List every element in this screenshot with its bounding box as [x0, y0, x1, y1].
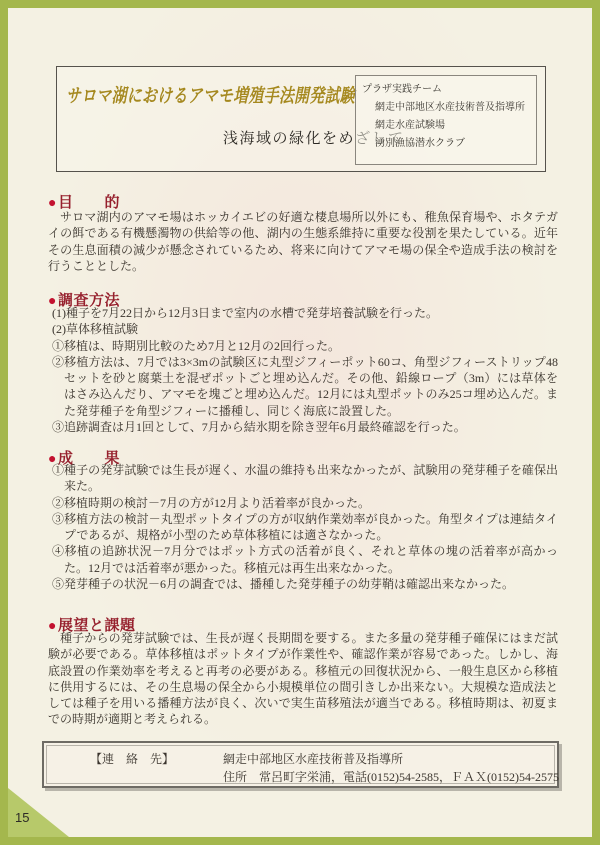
credits-box: プラザ実践チーム 網走中部地区水産技術普及指導所 網走水産試験場 湧別漁協潜水ク… — [355, 75, 537, 165]
results-list: ①種子の発芽試験では生長が遅く、水温の維持も出来なかったが、試験用の発芽種子を確… — [52, 462, 558, 592]
results-item: ②移植時期の検討－7月の方が12月より活着率が良かった。 — [52, 495, 558, 511]
results-item: ①種子の発芽試験では生長が遅く、水温の維持も出来なかったが、試験用の発芽種子を確… — [52, 462, 558, 495]
credit-org-2: 網走水産試験場 — [362, 117, 532, 135]
credit-org-1: 網走中部地区水産技術普及指導所 — [362, 99, 532, 117]
credit-org-3: 湧別漁協潜水クラブ — [362, 135, 532, 153]
contact-label: 【連 絡 先】 — [90, 750, 223, 768]
credit-team: プラザ実践チーム — [362, 81, 532, 99]
method-item: (1)種子を7月22日から12月3日まで室内の水槽で発芽培養試験を行った。 — [52, 305, 558, 321]
method-item: ②移植方法は、7月では3×3mの試験区に丸型ジフィーポット60コ、角型ジフィース… — [52, 354, 558, 419]
contact-box: 【連 絡 先】 網走中部地区水産技術普及指導所 住所 常呂町字栄浦，電話(015… — [42, 741, 559, 788]
results-item: ④移植の追跡状況－7月分ではポット方式の活着が良く、それと草体の塊の活着率が高か… — [52, 543, 558, 576]
results-item: ③移植方法の検討－丸型ポットタイプの方が収納作業効率が良かった。角型タイプは連結… — [52, 511, 558, 544]
method-item: ③追跡調査は月1回として、7月から結氷期を除き翌年6月最終確認を行った。 — [52, 419, 558, 435]
purpose-paragraph: サロマ湖内のアマモ場はホッカイエビの好適な棲息場所以外にも、稚魚保育場や、ホタテ… — [48, 209, 558, 274]
section-bullet-icon: ● — [48, 194, 57, 210]
method-item: ①移植は、時期別比較のため7月と12月の2回行った。 — [52, 338, 558, 354]
title-box: サロマ湖におけるアマモ増殖手法開発試験 浅海域の緑化をめざして プラザ実践チーム… — [56, 66, 546, 172]
contact-address: 住所 常呂町字栄浦，電話(0152)54-2585，ＦＡＸ(0152)54-25… — [223, 768, 548, 786]
outlook-paragraph: 種子からの発芽試験では、生長が遅く長期間を要する。また多量の発芽種子確保にはまだ… — [48, 630, 558, 728]
contact-org: 網走中部地区水産技術普及指導所 — [223, 750, 548, 768]
method-list: (1)種子を7月22日から12月3日まで室内の水槽で発芽培養試験を行った。 (2… — [52, 305, 558, 435]
results-item: ⑤発芽種子の状況－6月の調査では、播種した発芽種子の幼芽鞘は確認出来なかった。 — [52, 576, 558, 592]
contact-box-inner: 【連 絡 先】 網走中部地区水産技術普及指導所 住所 常呂町字栄浦，電話(015… — [46, 745, 555, 784]
scanned-report-page: サロマ湖におけるアマモ増殖手法開発試験 浅海域の緑化をめざして プラザ実践チーム… — [0, 0, 600, 845]
method-item: (2)草体移植試験 — [52, 321, 558, 337]
page-number: 15 — [15, 810, 29, 825]
report-title: サロマ湖におけるアマモ増殖手法開発試験 — [66, 81, 355, 108]
contact-row-org: 【連 絡 先】 網走中部地区水産技術普及指導所 — [90, 750, 548, 768]
